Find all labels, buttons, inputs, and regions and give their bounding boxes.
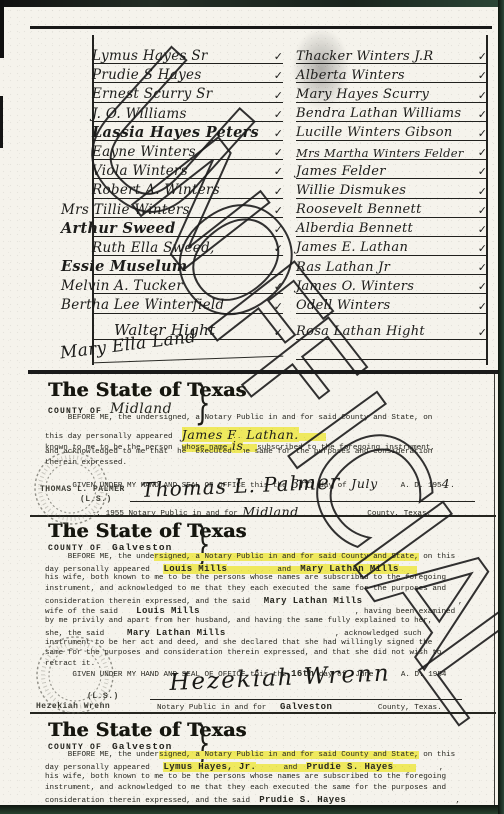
section-title: The State of Texas — [48, 719, 246, 741]
typed-text: day personally appeared — [45, 764, 163, 772]
acknowledgment-body: BEFORE ME, the undersigned, a Notary Pub… — [45, 415, 485, 471]
highlighted-text: signed, a Notary Public in and for said … — [159, 751, 419, 759]
signature-row: Arthur Sweed✓Alberdia Bennett✓ — [92, 218, 487, 237]
checkmark-icon: ✓ — [274, 69, 283, 82]
signature-cell: Essie Muselum — [92, 256, 283, 275]
signature-row: Robert A. Winters✓Willie Dismukes✓ — [92, 179, 487, 198]
checkmark-icon: ✓ — [274, 50, 283, 63]
signature-row: Lymus Hayes Sr✓Thacker Winters J.R✓ — [92, 45, 487, 64]
signature-name: Lucille Winters Gibson — [296, 126, 453, 140]
typed-text: his wife, both known to me to be the per… — [45, 574, 446, 582]
scan-smudge — [292, 28, 350, 110]
signature-row: Mary Ella Land — [92, 340, 487, 360]
scanned-document-page: Lymus Hayes Sr✓Thacker Winters J.R✓Prudi… — [0, 0, 504, 814]
checkmark-icon: ✓ — [274, 146, 283, 159]
county-name: Galveston — [112, 542, 172, 553]
signature-row: Mrs Tillie Winters✓Roosevelt Bennett✓ — [92, 199, 487, 218]
county-line: COUNTY OFGalveston — [48, 542, 172, 553]
signature-cell: Ruth Ella Sweed,✓ — [92, 237, 283, 256]
highlighted-text: Louis Mills — [163, 564, 227, 574]
handwritten-text: 4 — [442, 476, 451, 491]
checkmark-icon: ✓ — [274, 108, 283, 121]
handwritten-text: Midland — [242, 504, 299, 519]
typed-text: instrument, and acknowledged to me that … — [45, 784, 446, 792]
typed-text: by me privily and apart from her husband… — [45, 617, 432, 625]
typed-text: . — [450, 482, 455, 490]
signature-row: Eayne Winters✓Mrs Martha Winters Felder✓ — [92, 141, 487, 160]
signature-cell: Robert A. Winters✓ — [92, 179, 283, 198]
signature-name: Mrs Tillie Winters — [61, 203, 190, 217]
typed-text: consideration therein expressed, and the… — [45, 797, 259, 805]
notary-section-galveston-hayes: The State of Texas } COUNTY OFGalveston … — [30, 721, 496, 811]
typed-text: Louis Mills — [136, 606, 200, 616]
checkmark-icon: ✓ — [274, 280, 283, 293]
typed-text: County, Texas. — [332, 704, 441, 712]
signature-row: Lassia Hayes Peters✓Lucille Winters Gibs… — [92, 122, 487, 141]
checkmark-icon: ✓ — [478, 242, 487, 255]
typed-text: on this — [419, 751, 455, 759]
signature-name: Prudie S Hayes — [92, 68, 202, 82]
checkmark-icon: ✓ — [478, 108, 487, 121]
body-line: BEFORE ME, the undersigned, a Notary Pub… — [45, 752, 485, 763]
signature-name: Robert A. Winters — [92, 183, 220, 197]
signature-row: Bertha Lee Winterfield✓Odell Winters✓ — [92, 294, 487, 313]
checkmark-icon: ✓ — [274, 223, 283, 236]
body-line: by me privily and apart from her husband… — [45, 618, 485, 629]
typed-text: Mary Lathan Mills — [264, 596, 363, 606]
typed-text: , having been examined — [200, 608, 455, 616]
body-line: BEFORE ME, the undersigned, a Notary Pub… — [45, 554, 485, 565]
checkmark-icon: ✓ — [478, 69, 487, 82]
typed-text: BEFORE ME, the under — [45, 751, 159, 759]
typed-text: , — [416, 764, 443, 772]
signature-cell: Viola Winters✓ — [92, 160, 283, 179]
signature-name: Bertha Lee Winterfield — [61, 298, 224, 312]
signature-name: Ras Lathan Jr — [296, 261, 390, 275]
checkmark-icon: ✓ — [478, 261, 487, 274]
signature-cell: Ras Lathan Jr✓ — [296, 256, 487, 275]
signature-row: J. O. Williams✓Bendra Lathan Williams✓ — [92, 103, 487, 122]
typed-text: wife of the said — [45, 608, 136, 616]
typed-text: day personally appeared — [45, 566, 163, 574]
body-line: this day personally appeared James E. La… — [45, 426, 485, 437]
body-line: therein expressed. — [45, 460, 485, 471]
scan-edge-left — [0, 0, 4, 58]
typed-text: his wife, both known to me to be the per… — [45, 773, 446, 781]
signature-name: Odell Winters — [296, 299, 391, 313]
signature-rows: Lymus Hayes Sr✓Thacker Winters J.R✓Prudi… — [92, 45, 487, 360]
checkmark-icon: ✓ — [274, 204, 283, 217]
signature-cell: Roosevelt Bennett✓ — [296, 199, 487, 218]
signature-name: James O. Winters — [296, 280, 414, 294]
typed-text: BEFORE ME, the undersigned, a Notary Pub… — [45, 414, 432, 422]
typed-text: Galveston — [280, 702, 332, 712]
checkmark-icon: ✓ — [274, 127, 283, 140]
checkmark-icon: ✓ — [478, 185, 487, 198]
typed-text: County, Texas. — [299, 510, 431, 518]
typed-text: instrument, and acknowledged to me that … — [45, 585, 446, 593]
typed-text: -, 1955 Notary Public in and for — [92, 510, 242, 518]
checkmark-icon: ✓ — [478, 146, 487, 159]
signature-name: Mrs Martha Winters Felder — [296, 147, 464, 159]
checkmark-icon: ✓ — [478, 50, 487, 63]
signature-cell: J. O. Williams✓ — [92, 103, 283, 122]
highlighted-text — [393, 764, 416, 772]
highlighted-text: Prudie S. Hayes — [306, 762, 393, 772]
signature-name: Ruth Ella Sweed, — [92, 241, 215, 255]
typed-text: Mary Lathan Mills — [127, 628, 226, 638]
signature-sheet: Lymus Hayes Sr✓Thacker Winters J.R✓Prudi… — [30, 26, 492, 373]
checkmark-icon: ✓ — [478, 89, 487, 102]
notary-seal-icon — [34, 634, 116, 716]
highlighted-text: and — [256, 764, 306, 772]
scan-edge-top — [0, 0, 504, 7]
highlighted-text: Mary Lathan Mills — [300, 564, 399, 574]
signature-row: Viola Winters✓James Felder✓ — [92, 160, 487, 179]
signature-name: J. O. Williams — [92, 107, 187, 121]
checkmark-icon: ✓ — [478, 280, 487, 293]
typed-text: , acknowledged such — [226, 630, 422, 638]
highlighted-text: Lymus Hayes, Jr. — [163, 762, 256, 772]
signature-name: Essie Muselum — [61, 259, 187, 274]
signature-name: Lymus Hayes Sr — [92, 49, 208, 63]
highlighted-text — [399, 566, 417, 574]
typed-text: consideration therein expressed, and the… — [45, 598, 264, 606]
body-line: consideration therein expressed, and the… — [45, 597, 485, 608]
signature-cell: Melvin A. Tucker✓ — [92, 275, 283, 294]
checkmark-icon: ✓ — [478, 127, 487, 140]
signature-cell — [296, 340, 487, 360]
signature-cell: Ernest Scurry Sr✓ — [92, 83, 283, 102]
checkmark-icon: ✓ — [478, 326, 487, 339]
signature-cell: Mrs Martha Winters Felder✓ — [296, 141, 487, 160]
signature-name: Viola Winters — [92, 164, 188, 178]
signature-cell: Eayne Winters✓ — [92, 141, 283, 160]
signature-name: James Felder — [296, 165, 386, 179]
checkmark-icon: ✓ — [274, 242, 283, 255]
signature-name: Rosa Lathan Hight — [296, 325, 425, 339]
signature-underline — [130, 501, 475, 502]
scan-edge-left — [0, 96, 3, 148]
signature-cell: James E. Lathan✓ — [296, 237, 487, 256]
signature-cell: Bertha Lee Winterfield✓ — [92, 294, 283, 313]
typed-text: , — [346, 797, 460, 805]
signature-cell: Mrs Tillie Winters✓ — [92, 199, 283, 218]
signature-row: Essie MuselumRas Lathan Jr✓ — [92, 256, 487, 275]
typed-text: A. D. 195 — [378, 482, 442, 490]
checkmark-icon: ✓ — [274, 185, 283, 198]
section-title: The State of Texas — [48, 379, 246, 401]
typed-text: Notary Public in and for — [157, 704, 280, 712]
signature-row: Ernest Scurry Sr✓Mary Hayes Scurry✓ — [92, 83, 487, 102]
signature-cell: Willie Dismukes✓ — [296, 179, 487, 198]
signature-name: Arthur Sweed — [61, 221, 176, 236]
signature-row: Melvin A. Tucker✓James O. Winters✓ — [92, 275, 487, 294]
signature-name: Melvin A. Tucker — [61, 279, 183, 293]
handwritten-text: July — [351, 476, 378, 491]
signature-cell: Arthur Sweed✓ — [92, 218, 283, 237]
signature-underline — [150, 699, 462, 700]
typed-text: Prudie S. Hayes — [259, 795, 346, 805]
checkmark-icon: ✓ — [478, 223, 487, 236]
signature-cell: James O. Winters✓ — [296, 275, 487, 294]
signature-cell: Lymus Hayes Sr✓ — [92, 45, 283, 64]
typed-text: on this — [419, 553, 455, 561]
signature-cell: Alberdia Bennett✓ — [296, 218, 487, 237]
checkmark-icon: ✓ — [274, 300, 283, 313]
signature-cell: Odell Winters✓ — [296, 294, 487, 313]
handwritten-text: is — [232, 438, 244, 453]
signature-name: Eayne Winters — [92, 145, 196, 159]
notary-seal-icon — [32, 449, 110, 527]
checkmark-icon: ✓ — [478, 165, 487, 178]
highlighted-text: rsigned, a Notary Public in and for said… — [154, 553, 418, 561]
checkmark-icon: ✓ — [274, 89, 283, 102]
signature-name: Lassia Hayes Peters — [92, 125, 259, 140]
checkmark-icon: ✓ — [478, 204, 487, 217]
signature-cell: Lassia Hayes Peters✓ — [92, 122, 283, 141]
signature-name: Roosevelt Bennett — [296, 203, 422, 217]
signature-name: Ernest Scurry Sr — [92, 87, 212, 101]
signature-row: Prudie S Hayes✓Alberta Winters✓ — [92, 64, 487, 83]
signature-name: Alberdia Bennett — [296, 222, 413, 236]
signature-cell: Mary Ella Land — [92, 336, 284, 363]
signature-cell: James Felder✓ — [296, 160, 487, 179]
section-divider-line — [28, 370, 498, 374]
scan-edge-bottom — [0, 805, 504, 814]
signature-name: James E. Lathan — [296, 241, 408, 255]
signature-name: Willie Dismukes — [296, 184, 406, 198]
signature-row: Ruth Ella Sweed,✓James E. Lathan✓ — [92, 237, 487, 256]
typed-text: , — [362, 598, 462, 606]
checkmark-icon: ✓ — [478, 300, 487, 313]
typed-text: BEFORE ME, the unde — [45, 553, 154, 561]
county-label: COUNTY OF — [48, 544, 102, 553]
signature-cell: Prudie S Hayes✓ — [92, 64, 283, 83]
highlighted-text: and — [227, 566, 300, 574]
checkmark-icon: ✓ — [274, 165, 283, 178]
acknowledgment-body: BEFORE ME, the undersigned, a Notary Pub… — [45, 752, 485, 806]
scan-edge-right — [498, 0, 504, 814]
body-line: BEFORE ME, the undersigned, a Notary Pub… — [45, 415, 485, 426]
signature-cell: Lucille Winters Gibson✓ — [296, 122, 487, 141]
signature-cell: Rosa Lathan Hight✓ — [296, 314, 487, 340]
